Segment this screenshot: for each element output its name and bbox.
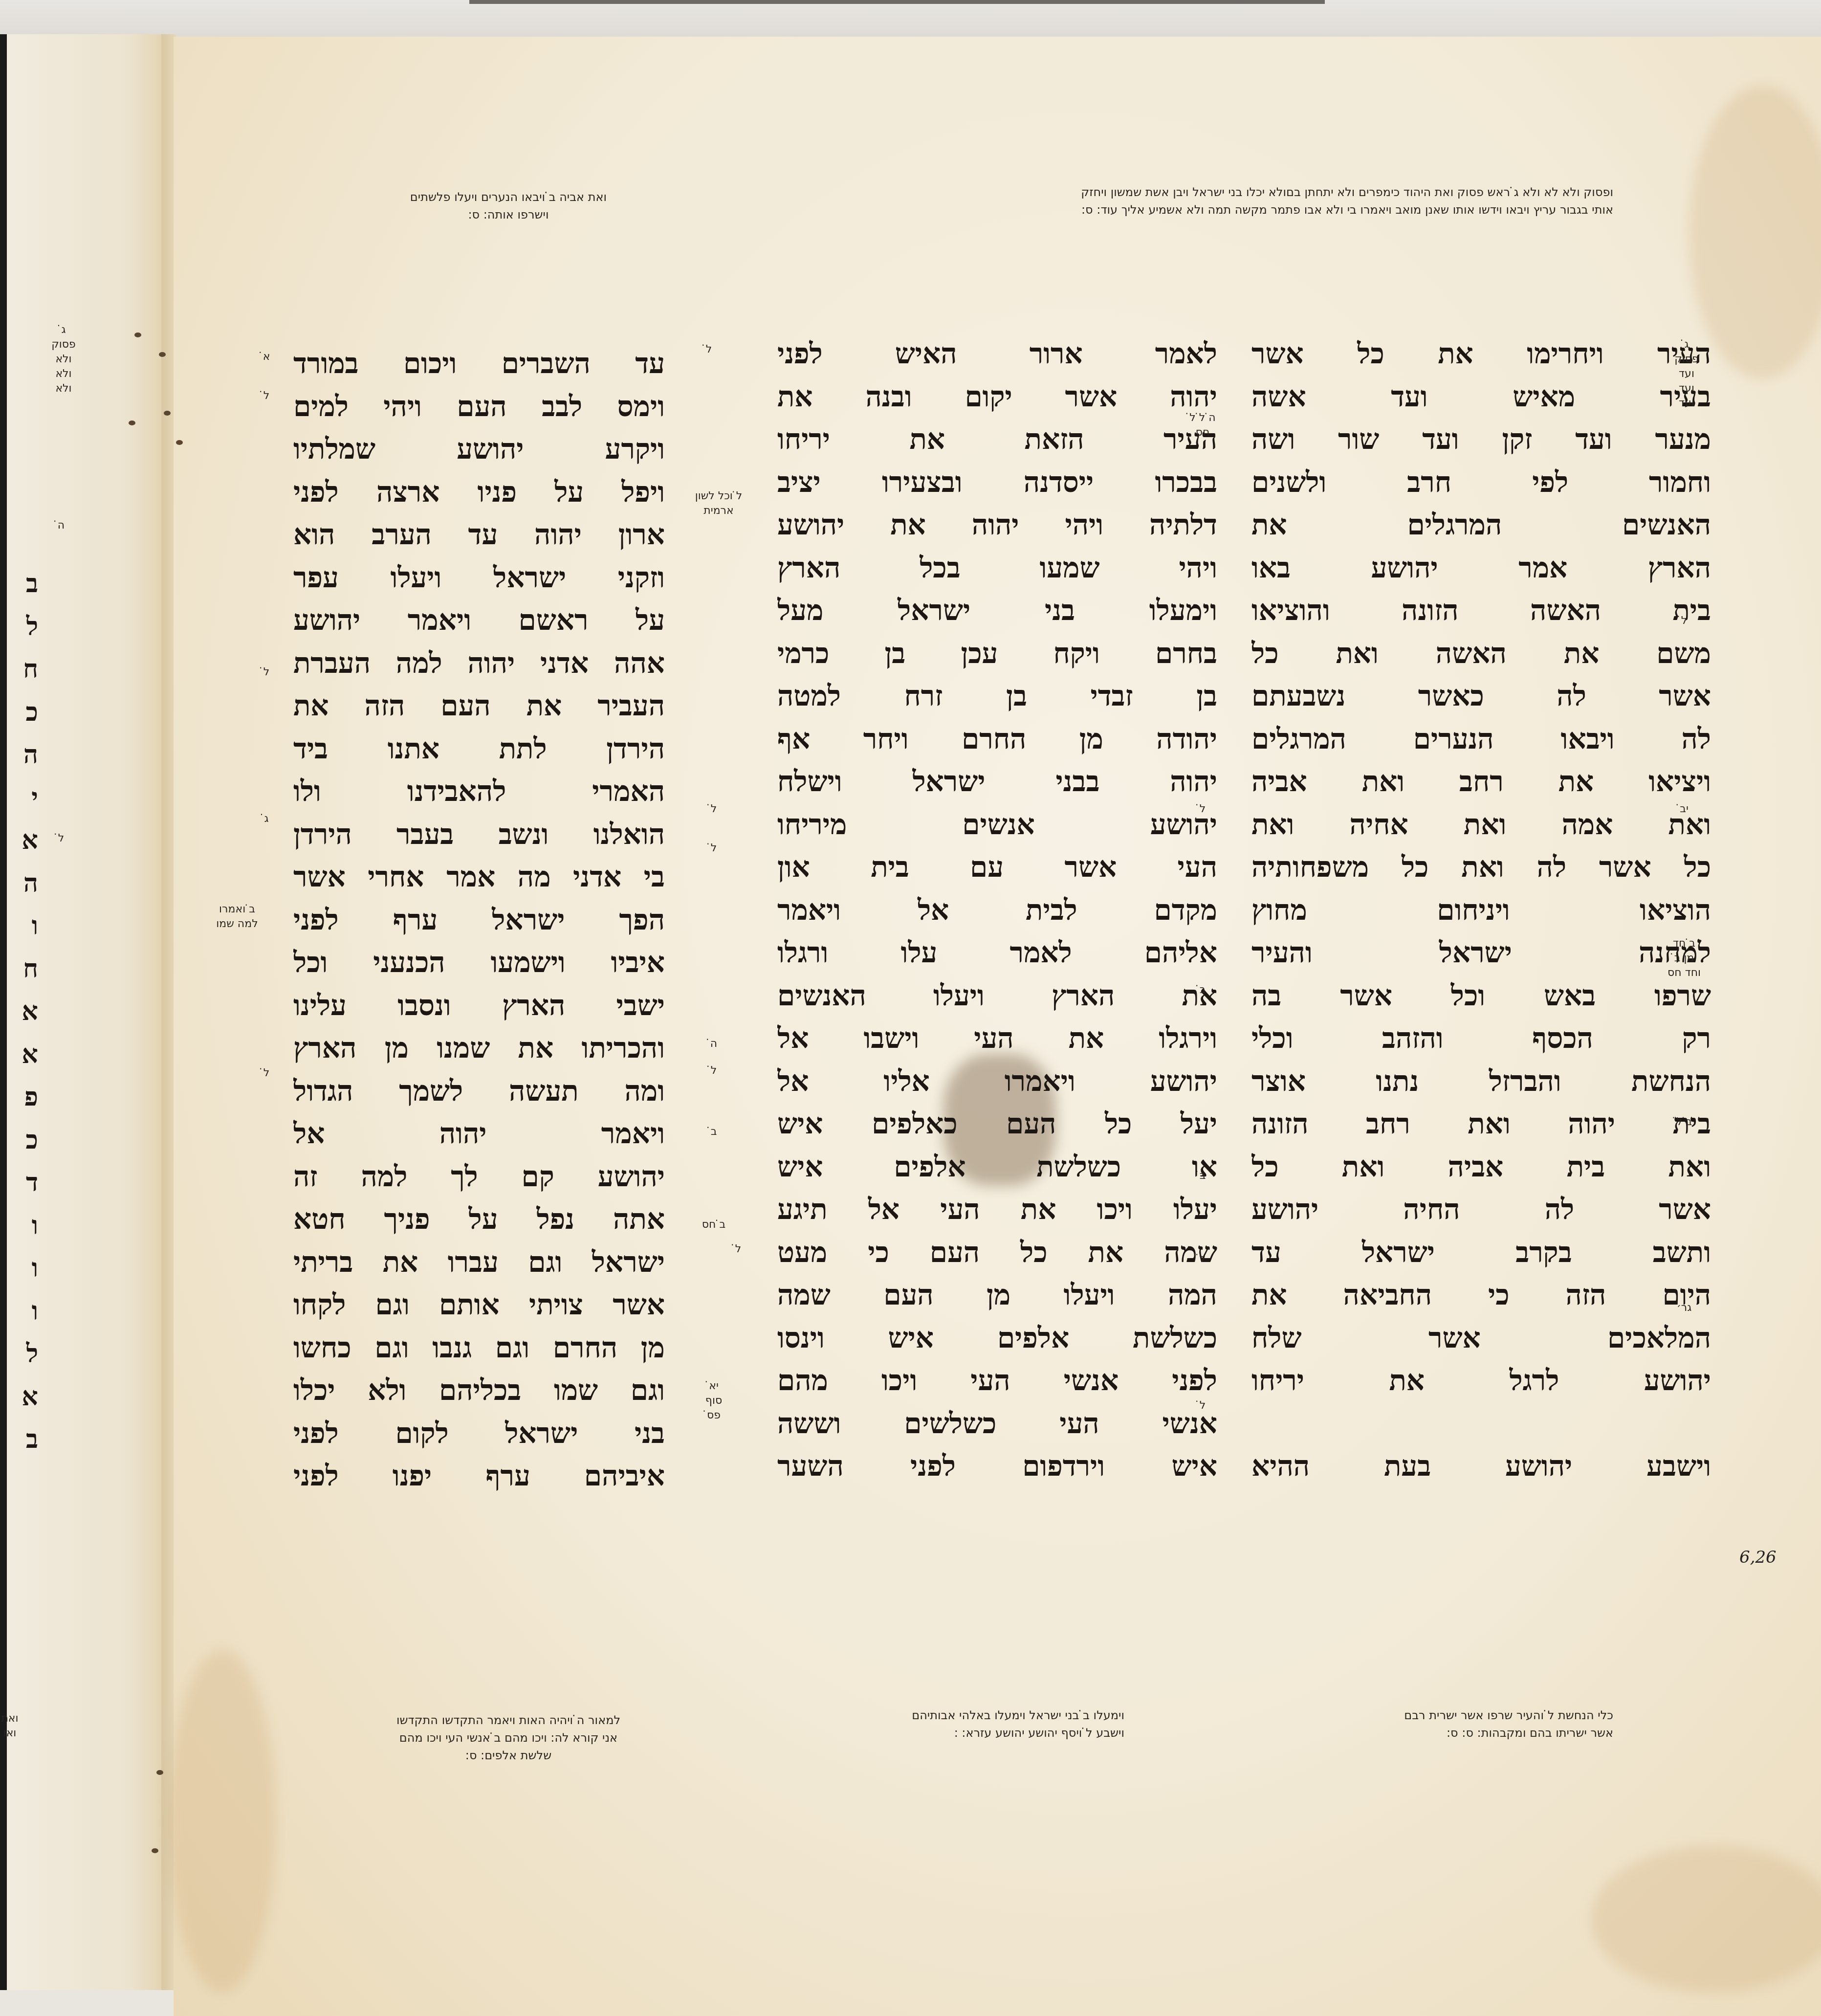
masora-parva-note: ב̇ ואמרו למה שמו (210, 902, 264, 931)
masora-parva-note: ב̇ (1193, 1169, 1212, 1183)
text-line: העביר את העם הזה את (293, 685, 665, 728)
text-line: ישבי הארץ ונסבו עלינו (293, 984, 665, 1027)
text-line: וימס לבב העם ויהי למים (293, 385, 665, 428)
text-line: ואת בית אביה ואת כל (1251, 1146, 1711, 1189)
masora-parva-note: ל̇ (704, 841, 724, 856)
text-column-right: העיר ויחרימו את כל אשר בעיר מאיש ועד אשה… (1251, 332, 1711, 1488)
text-line: ואת אמה ואת אחיה ואת (1251, 803, 1711, 846)
text-line: ויקרע יהושע שמלתיו (293, 428, 665, 471)
text-line: בני ישראל לקום לפני (293, 1412, 665, 1455)
text-line: אשר לה החיה יהושע (1251, 1188, 1711, 1231)
text-line: יעלו ויכו את העי אל תיגע (777, 1188, 1217, 1231)
masora-magna-bottom-right: כלי הנחשת ל̇ והעיר שרפו אשר ישרית רבם אש… (1251, 1706, 1613, 1742)
text-line: העי אשר עם בית און (777, 846, 1217, 889)
text-line: הנחשת והברזל נתנו אוצר (1251, 1060, 1711, 1103)
text-line: מן החרם וגם גנבו וגם כחשו (293, 1327, 665, 1370)
text-line: למחנה ישראל והעיר (1251, 931, 1711, 975)
masora-parva-note: ג̇ (257, 812, 276, 826)
text-line (1251, 1402, 1711, 1445)
text-line: על ראשם ויאמר יהושע (293, 599, 665, 642)
text-line: וירגלו את העי וישבו אל (777, 1017, 1217, 1060)
text-line: יהוה אשר יקום ובנה את (777, 376, 1217, 419)
masora-parva-note: גר׳ (1672, 1301, 1696, 1315)
worm-hole (134, 332, 141, 337)
text-line: וחמור לפי חרב ולשנים (1251, 461, 1711, 504)
masora-parva-note: ל̇ (699, 342, 719, 357)
text-line: המלאכים אשר שלח (1251, 1317, 1711, 1360)
masora-parva-note: יב̇ (1672, 802, 1696, 817)
text-line: אנשי העי כשלשים וששה (777, 1402, 1217, 1445)
text-line: בבכרו ייסדנה ובצעירו יציב (777, 461, 1217, 504)
text-line: רק הכסף והזהב וכלי (1251, 1017, 1711, 1060)
text-line: יהוה בבני ישראל וישלח (777, 760, 1217, 803)
text-line: לפני אנשי העי ויכו מהם (777, 1359, 1217, 1402)
masora-parva-note: ל̇ (1193, 1398, 1212, 1413)
text-line: העיר הזאת את יריחו (777, 418, 1217, 461)
masora-magna-bottom-middle: וימעלו ב̇ בני ישראל וימעלו באלהי אבותיהם… (782, 1706, 1124, 1742)
text-line: ויאמר יהוה אל (293, 1112, 665, 1155)
text-line: ויפל על פניו ארצה לפני (293, 471, 665, 514)
text-line: והכריתו את שמנו מן הארץ (293, 1027, 665, 1070)
masora-parva-note: יא̇ סוף פס̇ (699, 1379, 728, 1423)
text-line: הואלנו ונשב בעבר הירדן (293, 813, 665, 856)
water-stain (1591, 1846, 1821, 1993)
masora-parva-note: ל̇ (257, 389, 276, 403)
masora-parva-note: ל̇ (1193, 802, 1212, 817)
text-line: שמה את כל העם כי מעט (777, 1231, 1217, 1274)
prev-page-masora-parva: ג̇ פסוק ולא ולא ולא (49, 323, 78, 396)
masora-parva-note: ב̇ (704, 1125, 724, 1139)
text-line: אהה אדני יהוה למה העברת (293, 642, 665, 685)
text-line: איש וירדפום לפני השער (777, 1445, 1217, 1488)
text-line: יהודה מן החרם ויחר אף (777, 718, 1217, 761)
text-line: בחרם ויקח עכן בן כרמי (777, 632, 1217, 675)
previous-leaf-edge (0, 34, 7, 1990)
text-line: וישבע יהושע בעת ההיא (1251, 1445, 1711, 1488)
masora-magna-top-right: ופסוק ולא לא ולא ג̇ ראש פסוק ואת היהוד כ… (782, 183, 1613, 219)
masora-parva-note: ב̇ (1193, 983, 1212, 997)
text-line: יהושע קם לך למה זה (293, 1155, 665, 1198)
text-line: יהושע אנשים מיריחו (777, 803, 1217, 846)
masora-parva-note: ה̇ ל̇ ל̇ חס (1188, 411, 1217, 440)
text-line: ארון יהוה עד הערב הוא (293, 513, 665, 556)
text-line: אשר לה כאשר נשבעתם (1251, 675, 1711, 718)
text-line: ויציאו את רחב ואת אביה (1251, 760, 1711, 803)
text-line: עד השברים ויכום במורד (293, 342, 665, 385)
prev-page-masora-parva: ה̇ (51, 518, 71, 533)
worm-hole (156, 1770, 163, 1775)
text-line: וגם שמו בכליהם ולא יכלו (293, 1369, 665, 1412)
text-line: כל אשר לה ואת כל משפחותיה (1251, 846, 1711, 889)
masora-parva-note: א̇ (257, 350, 276, 364)
masora-parva-note: ל̇ (728, 1242, 748, 1257)
worm-hole (152, 1848, 158, 1853)
text-line: בית יהוה ואת רחב הזונה (1251, 1103, 1711, 1146)
text-line: בן זבדי בן זרח למטה (777, 675, 1217, 718)
text-line: בעיר מאיש ועד אשה (1251, 376, 1711, 419)
text-line: איביהם ערף יפנו לפני (293, 1455, 665, 1498)
text-line: משם את האשה ואת כל (1251, 632, 1711, 675)
text-line: העיר ויחרימו את כל אשר (1251, 332, 1711, 376)
text-line: אשר צויתי אותם וגם לקחו (293, 1284, 665, 1327)
text-line: כשלשת אלפים איש וינסו (777, 1317, 1217, 1360)
masora-parva-note: ל̇ (257, 665, 276, 680)
text-line: אליהם לאמר עלו ורגלו (777, 931, 1217, 975)
text-line: הארץ אמר יהושע באו (1251, 547, 1711, 590)
text-line: וימעלו בני ישראל מעל (777, 589, 1217, 632)
text-line: הירדן לתת אתנו ביד (293, 728, 665, 771)
text-line: היום הזה כי החביאה את (1251, 1274, 1711, 1317)
prev-page-masora-parva: ל̇ (51, 831, 71, 846)
previous-page-text: ב ל ח כ ה י א ה ו ח א א פ כ ד ו ו ו ל א … (9, 562, 38, 1461)
text-line: המה ויעלו מן העם שמה (777, 1274, 1217, 1317)
text-line: הפך ישראל ערף לפני (293, 899, 665, 942)
masora-parva-note: ל̇ (704, 1063, 724, 1078)
text-line: בי אדני מה אמר אחרי אשר (293, 856, 665, 899)
text-line: לאמר ארור האיש לפני (777, 332, 1217, 376)
text-line: האמרי להאבידנו ולו (293, 770, 665, 813)
text-line: מנער ועד זקן ועד שור ושה (1251, 418, 1711, 461)
text-line: וזקני ישראל ויעלו עפר (293, 556, 665, 599)
text-line: בית האשה הזונה והוציאו (1251, 589, 1711, 632)
text-line: מקדם לבית אל ויאמר (777, 889, 1217, 932)
masora-magna-bottom-left: למאור ה̇ ויהיה האות ויאמר התקדשו התקדשו … (318, 1711, 699, 1764)
worm-hole (159, 352, 166, 357)
text-line: ישראל וגם עברו את בריתי (293, 1241, 665, 1284)
masora-parva-note: ב̇ חס (699, 1218, 728, 1232)
text-line: אתה נפל על פניך חטא (293, 1198, 665, 1241)
masora-magna-top-left: ואת אביה ב̇ ויבאו הנערים ויעלו פלשתים וי… (318, 188, 699, 223)
masora-parva-outer-right: ג̇ פסוק ועד ועד ועד (1672, 337, 1701, 411)
worm-hole (164, 411, 171, 416)
masora-parva-note: ל̇ (704, 802, 724, 817)
text-column-left: עד השברים ויכום במורד וימס לבב העם ויהי … (293, 342, 665, 1498)
text-line: האנשים המרגלים את (1251, 504, 1711, 547)
water-stain (169, 1650, 276, 1993)
masora-parva-note: ל̇ (1672, 614, 1696, 628)
text-line: לה ויבאו הנערים המרגלים (1251, 718, 1711, 761)
masora-parva-note: ב̇ ל̇ (1672, 1115, 1696, 1130)
text-line: שרפו באש וכל אשר בה (1251, 975, 1711, 1018)
text-line: דלתיה ויהי יהוה את יהושע (777, 504, 1217, 547)
text-line: או כשלשת אלפים איש (777, 1146, 1217, 1189)
text-line: ותשב בקרב ישראל עד (1251, 1231, 1711, 1274)
text-line: איביו וישמעו הכנעני וכל (293, 941, 665, 984)
text-line: יהושע ויאמרו אליו אל (777, 1060, 1217, 1103)
verse-reference: 6,26 (1739, 1548, 1777, 1567)
masora-parva-note: ב̇ חד מן ב̇ וחד חס (1667, 936, 1701, 980)
text-line: ומה תעשה לשמך הגדול (293, 1070, 665, 1113)
masora-parva-note: ל̇ וכל לשון ארמית (692, 489, 746, 518)
binding-clip (469, 0, 1325, 4)
text-line: יהושע לרגל את יריחו (1251, 1359, 1711, 1402)
masora-parva-note: ה̇ (704, 1037, 724, 1051)
masora-parva-note: ל̇ (1193, 1252, 1212, 1266)
text-line: הוציאו ויניחום מחוץ (1251, 889, 1711, 932)
worm-hole (129, 421, 135, 425)
text-line: ויהי שמעו בכל הארץ (777, 547, 1217, 590)
text-column-middle: לאמר ארור האיש לפני יהוה אשר יקום ובנה א… (777, 332, 1217, 1488)
prev-page-masora-bottom: ואת ואו (0, 1711, 20, 1741)
worm-hole (176, 440, 183, 445)
text-line: יעל כל העם כאלפים איש (777, 1103, 1217, 1146)
masora-parva-note: ל̇ (257, 1066, 276, 1081)
text-line: את הארץ ויעלו האנשים (777, 975, 1217, 1018)
